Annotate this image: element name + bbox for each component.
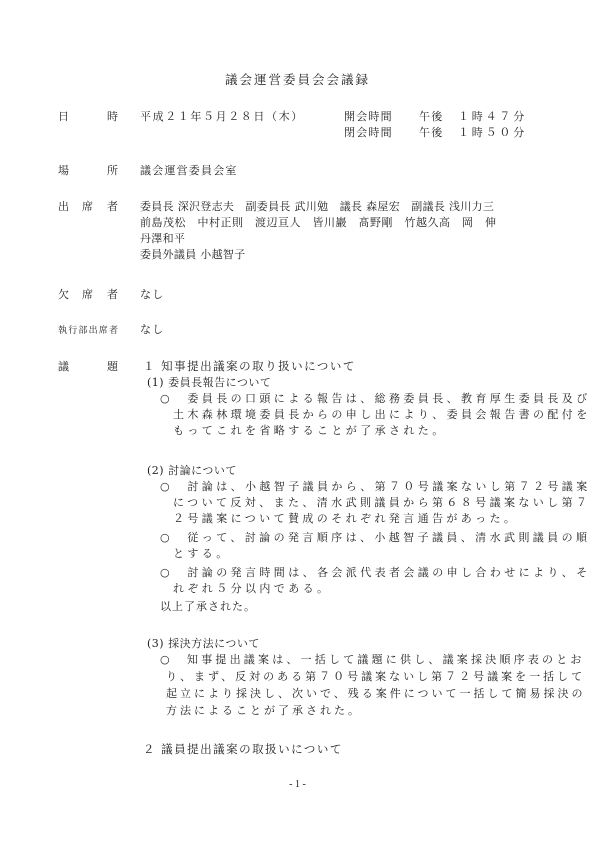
agenda-sub-3-line: り、まず、反対のある第７０号議案ないし第７２号議案を一括して	[166, 669, 585, 685]
agenda-item-1-heading: １ 知事提出議案の取り扱いについて	[143, 358, 356, 374]
agenda-sub-1-line: もってこれを省略することが了承された。	[173, 423, 447, 439]
agenda-sub-2-line: とする。	[173, 546, 231, 562]
executive-value: なし	[140, 322, 164, 338]
open-time-ampm: 午後	[419, 109, 443, 125]
agenda-sub-2-line: れぞれ５分以内である。	[173, 581, 331, 597]
agenda-sub-1-line: ○ 委員長の口頭による報告は、総務委員長、教育厚生委員長及び	[160, 391, 591, 407]
agenda-sub-3-heading: (3) 採決方法について	[147, 636, 260, 652]
place-label-2: 所	[107, 163, 119, 179]
attendees-line: 委員外議員 小越智子	[140, 247, 246, 263]
place-value: 議会運営委員会室	[140, 163, 238, 179]
agenda-sub-1-line: 土木森林環境委員長からの申し出により、委員会報告書の配付を	[173, 407, 591, 423]
datetime-label-2: 時	[107, 109, 119, 125]
attendees-label-2: 席	[82, 199, 94, 215]
agenda-sub-2-line: ２号議案について賛成のそれぞれ発言通告があった。	[173, 511, 518, 527]
absentees-label-1: 欠	[58, 287, 70, 303]
document-title: 議会運営委員会会議録	[0, 70, 595, 88]
agenda-sub-2-line: ○ 討論は、小越智子議員から、第７０号議案ないし第７２号議案	[160, 479, 591, 495]
agenda-sub-2-line: ○ 討論の発言時間は、各会派代表者会議の申し合わせにより、そ	[160, 565, 591, 581]
agenda-sub-3-line: ○ 知事提出議案は、一括して議題に供し、議案採決順序表のとお	[160, 652, 585, 668]
close-time-label: 閉会時間	[344, 125, 393, 141]
agenda-sub-3-line: 起立により採決し、次いで、残る案件について一括して簡易採決の	[166, 686, 586, 702]
agenda-label-2: 題	[107, 359, 119, 375]
datetime-label-1: 日	[58, 109, 70, 125]
attendees-label-3: 者	[107, 199, 119, 215]
attendees-label-1: 出	[58, 199, 70, 215]
agenda-sub-2-heading: (2) 討論について	[147, 463, 237, 479]
close-time-value: １時５０分	[458, 125, 527, 141]
executive-label: 執行部出席者	[58, 323, 119, 339]
open-time-value: １時４７分	[458, 109, 527, 125]
attendees-line: 委員長 深沢登志夫 副委員長 武川勉 議長 森屋宏 副議長 浅川力三	[140, 199, 494, 215]
attendees-line: 丹澤和平	[140, 231, 185, 247]
agenda-label-1: 議	[58, 359, 70, 375]
attendees-line: 前島茂松 中村正則 渡辺亘人 皆川巖 髙野剛 竹越久高 岡 伸	[140, 215, 497, 231]
agenda-item-2-heading: ２ 議員提出議案の取扱いについて	[143, 741, 343, 757]
absentees-label-3: 者	[107, 287, 119, 303]
agenda-sub-2-line: について反対、また、清水武則議員から第６８号議案ないし第７	[173, 495, 590, 511]
agenda-sub-1-heading: (1) 委員長報告について	[147, 375, 271, 391]
meeting-date: 平成２１年５月２８日（木）	[140, 109, 304, 125]
place-label-1: 場	[58, 163, 70, 179]
open-time-label: 開会時間	[344, 109, 393, 125]
agenda-sub-2-line: 以上了承された。	[160, 599, 256, 615]
absentees-label-2: 席	[82, 287, 94, 303]
close-time-ampm: 午後	[419, 125, 443, 141]
agenda-sub-3-line: 方法によることが了承された。	[166, 703, 362, 719]
page-number: - 1 -	[0, 779, 595, 790]
absentees-value: なし	[140, 287, 164, 303]
agenda-sub-2-line: ○ 従って、討論の発言順序は、小越智子議員、清水武則議員の順	[160, 530, 590, 546]
